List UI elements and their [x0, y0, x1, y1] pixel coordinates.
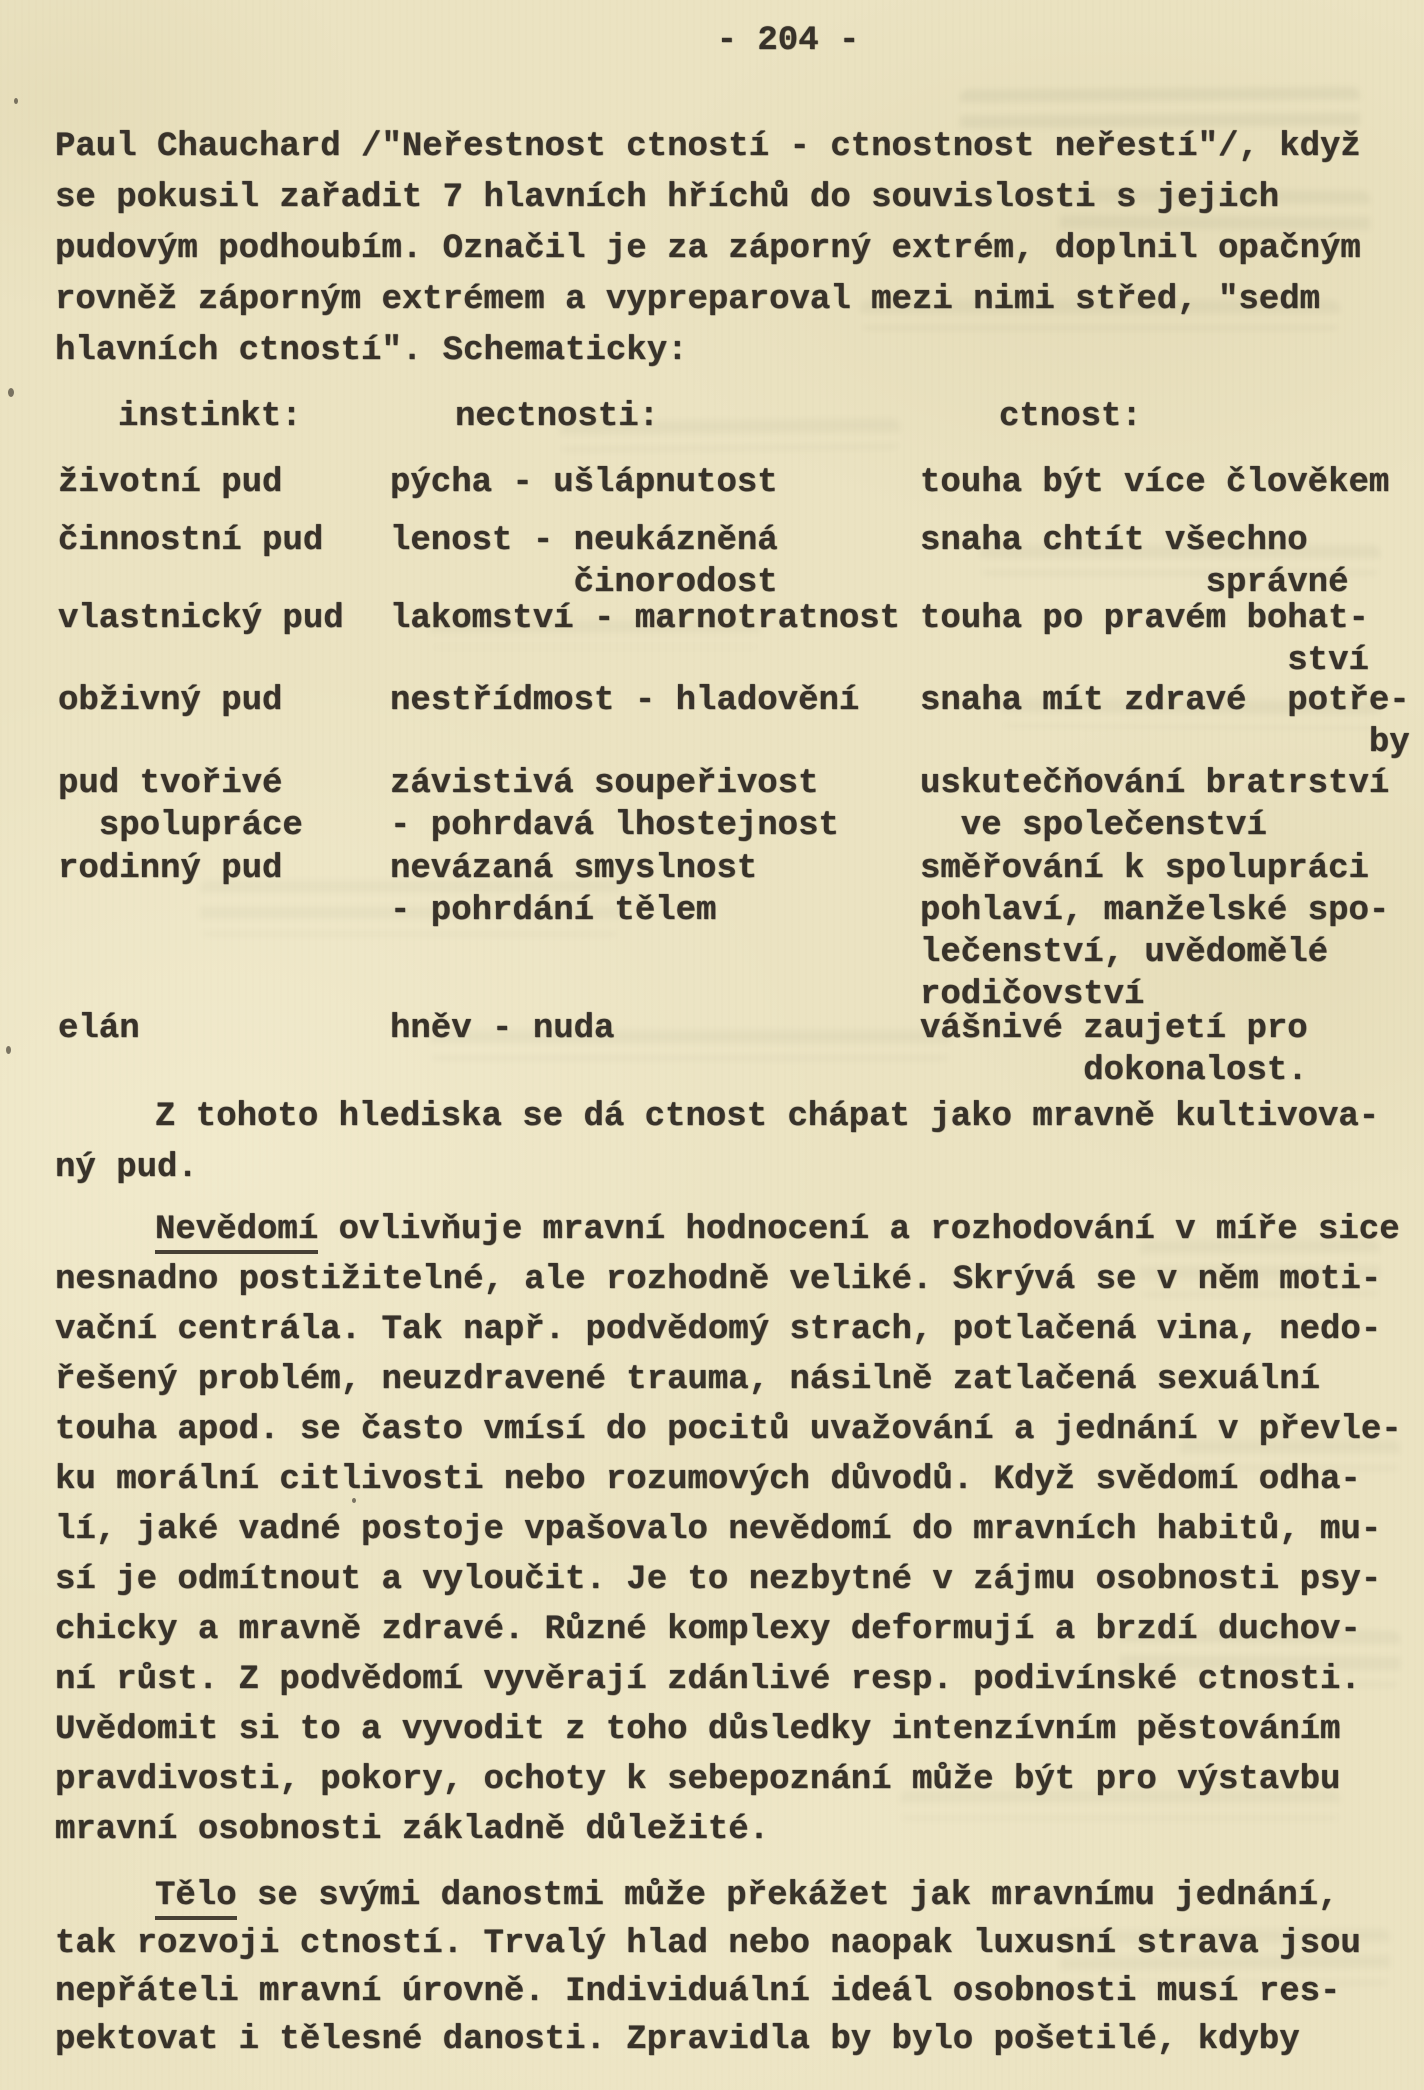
cell-vice: nestřídmost - hladovění [390, 680, 859, 722]
paragraph-summary: Z tohoto hlediska se dá ctnost chápat ja… [55, 1092, 1379, 1194]
cell-virtue: snaha chtít všechno správné [920, 520, 1348, 604]
cell-vice: hněv - nuda [390, 1008, 614, 1050]
page-number: - 204 - [717, 22, 860, 60]
scan-speck [8, 388, 14, 397]
cell-instinct: rodinný pud [58, 848, 282, 890]
scan-speck [14, 98, 18, 104]
cell-virtue: vášnivé zaujetí pro dokonalost. [920, 1008, 1308, 1092]
column-header-instinct: instinkt: [118, 398, 302, 436]
cell-vice: nevázaná smyslnost - pohrdání tělem [390, 848, 757, 932]
cell-vice: lakomství - marnotratnost [390, 598, 900, 640]
underlined-lead-word: Nevědomí [155, 1211, 318, 1254]
column-header-vices: nectnosti: [455, 398, 659, 436]
column-header-virtue: ctnost: [999, 398, 1142, 436]
cell-virtue: směřování k spolupráci pohlaví, manželsk… [920, 848, 1389, 1016]
paragraph-unconscious: Nevědomí ovlivňuje mravní hodnocení a ro… [55, 1205, 1402, 1855]
cell-vice: závistivá soupeřivost - pohrdavá lhostej… [390, 763, 839, 847]
cell-instinct: vlastnický pud [58, 598, 344, 640]
paragraph-text: ovlivňuje mravní hodnocení a rozhodování… [55, 1211, 1402, 1849]
cell-instinct: činnostní pud [58, 520, 323, 562]
cell-instinct: životní pud [58, 462, 282, 504]
cell-vice: lenost - neukázněná činorodost [390, 520, 778, 604]
paragraph-text: se svými danostmi může překážet jak mrav… [55, 1877, 1361, 2059]
paragraph-intro: Paul Chauchard /"Neřestnost ctností - ct… [55, 122, 1361, 377]
cell-instinct: elán [58, 1008, 140, 1050]
underlined-lead-word: Tělo [155, 1877, 237, 1920]
document-page: { "page_number": "- 204 -", "paragraphs"… [0, 0, 1424, 2090]
scan-speck [6, 1046, 11, 1054]
cell-instinct: pud tvořivé spolupráce [58, 763, 303, 847]
paragraph-body: Tělo se svými danostmi může překážet jak… [55, 1872, 1361, 2064]
cell-virtue: touha být více člověkem [920, 462, 1389, 504]
cell-vice: pýcha - ušlápnutost [390, 462, 778, 504]
cell-virtue: uskutečňování bratrství ve společenství [920, 763, 1389, 847]
cell-instinct: obživný pud [58, 680, 282, 722]
cell-virtue: snaha mít zdravé potře- by [920, 680, 1410, 764]
cell-virtue: touha po pravém bohat- ství [920, 598, 1369, 682]
